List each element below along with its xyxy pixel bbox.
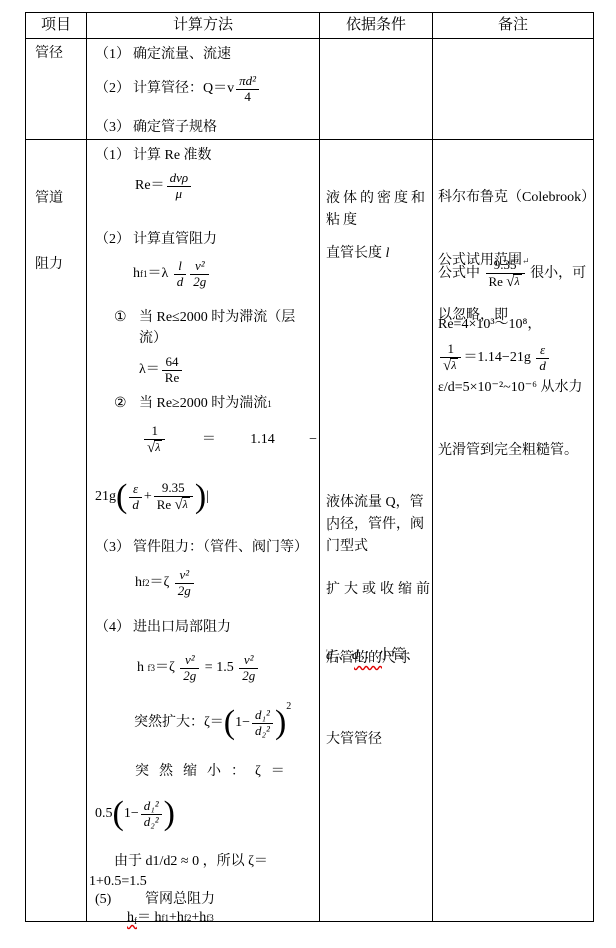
remark-small-term: 公式中 9.35Re √λ 很小，可 [438,252,586,296]
formula-colebrook-lhs: 1√λ ＝ 1.14 − [142,418,317,462]
frac-eps-d: εd [536,343,549,374]
step2-straight-pipe: （2）计算直管阻力 [95,230,217,250]
case-turbulent: ②当 Re≥2000 时为湍流1 [114,394,272,414]
frac-1-sqrtlambda: 1√λ [440,342,461,374]
footnote-mark: 1 [267,400,272,409]
row1-step2-formula: （2）计算管径：Q＝vπd²4 [95,69,261,109]
row-pipe-diameter: 管径 （1）确定流量、流速 （2）计算管径：Q＝vπd²4 （3）确定管子规格 [26,39,594,140]
squared-exponent: 2 [286,697,291,717]
big-lparen: ( [113,799,124,830]
frac-eps-d: εd [129,482,142,513]
frac-l-d: ld [174,259,187,290]
frac-dvrho-mu: dvρμ [167,171,192,202]
header-remark: 备注 [433,13,594,39]
big-rparen: ) [164,799,175,830]
big-rparen: ) [275,708,286,739]
step4-local: （4）进出口局部阻力 [95,618,231,638]
formula-hf3: h f3＝ζ v²2g = 1.5 v²2g [137,644,260,692]
formula-lambda-64: λ＝64Re [139,350,184,390]
cond-d1-d2: d₁、d₂：小管、 大管管径 [326,586,420,810]
formula-total-resistance: hf＝ hf1+hf2+hf3 [127,908,214,928]
frac-935-resqrt: 9.35Re √λ [486,258,525,290]
document-page: 项目 计算方法 依据条件 备注 管径 （1）确定流量、流速 （2）计算管径：Q＝… [0,0,616,948]
step1-re-number: （1）计算 Re 准数 [95,146,212,166]
note-due-to: 由于 d1/d2 ≈ 0 ，所以 ζ＝ [114,852,268,872]
step5-total: (5)管网总阻力 [95,890,215,910]
formula-sudden-expansion: 突然扩大：ζ＝(1−d₁²d₂²)2 [134,696,291,750]
frac-pid2-4: πd²4 [236,74,259,105]
formula-colebrook-rhs: 21g(εd+9.35Re √λ)| [95,474,209,520]
header-item: 项目 [26,13,87,39]
note-result: 1+0.5=1.5 [89,872,147,892]
frac-64-re: 64Re [162,355,182,386]
step3-fittings: （3）管件阻力：（管件、阀门等） [95,538,308,558]
remark-can-ignore: 以忽略，即 [438,306,508,326]
formula-table: 项目 计算方法 依据条件 备注 管径 （1）确定流量、流速 （2）计算管径：Q＝… [25,12,594,922]
header-row: 项目 计算方法 依据条件 备注 [26,13,594,39]
formula-hf1: hf1＝λ ldv²2g [133,252,211,296]
row1-step3: （3）确定管子规格 [95,118,217,138]
formula-hf2: hf2＝ζ v²2g [135,561,196,605]
row-pipe-resistance: 管道 阻力 （1）计算 Re 准数 Re＝dvρμ （2）计算直管阻力 hf1＝… [26,140,594,922]
case-laminar-wrap: 流） [139,329,167,349]
formula-reynolds: Re＝dvρμ [135,166,193,206]
frac-1-sqrtlambda: 1√λ [144,424,165,456]
cursor-mark: | [206,487,209,507]
row1-item-label: 管径 [35,44,63,64]
big-rparen: ) [195,482,206,513]
big-lparen: ( [224,708,235,739]
big-lparen: ( [116,482,127,513]
header-condition: 依据条件 [320,13,433,39]
cond-pipe-length: 直管长度 l [326,243,389,265]
row1-step1: （1）确定流量、流速 [95,45,231,65]
frac-v2-2g: v²2g [190,259,209,290]
row2-item-label: 管道 阻力 [35,144,63,320]
remark-simplified-formula: 1√λ＝1.14−21g εd [438,336,551,380]
formula-sudden-contraction: 0.5(1−d₁²d₂²) [95,784,175,844]
case-laminar: ①当 Re≤2000 时为滞流（层 [114,308,295,328]
frac-935-resqrt: 9.35Re √λ [154,481,193,513]
header-method: 计算方法 [87,13,320,39]
spellcheck-squiggle: hf [127,908,137,928]
paragraph-mark: ' [326,642,328,664]
label-sudden-contraction: 突然缩小：ζ＝ [135,762,295,782]
